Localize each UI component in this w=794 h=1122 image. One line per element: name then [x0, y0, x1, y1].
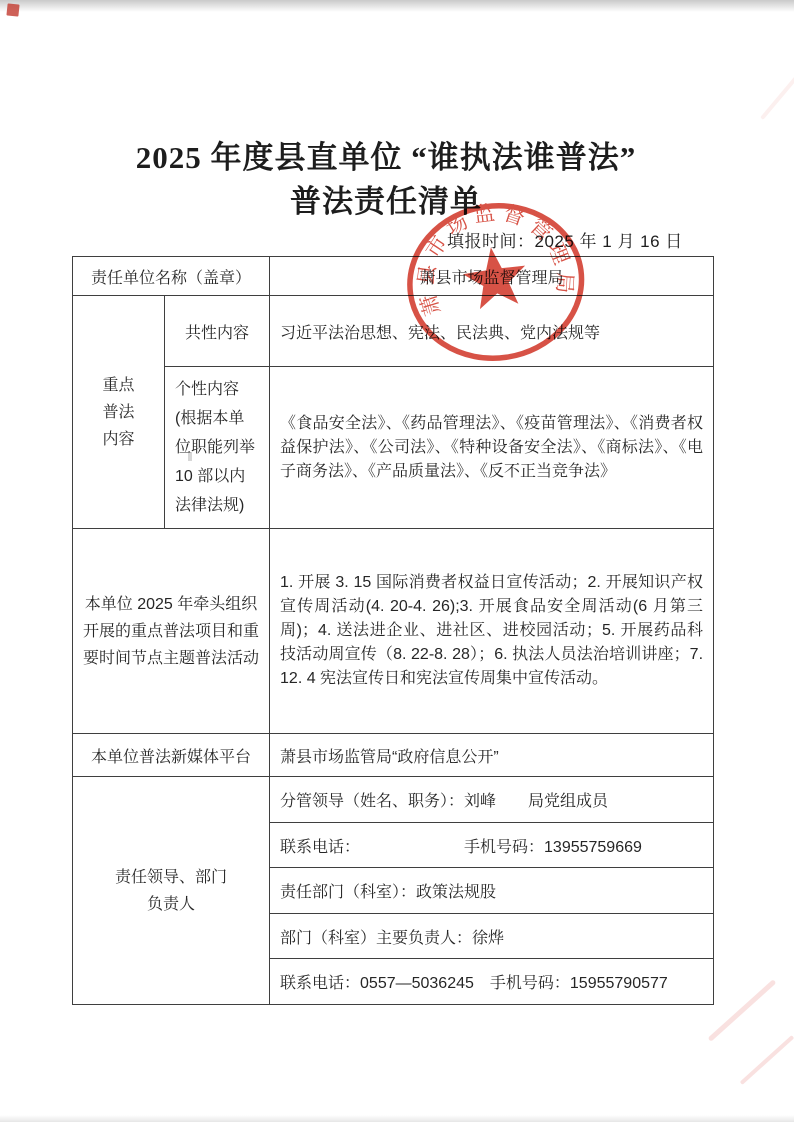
leader-row-supervisor: 分管领导（姓名、职务）：刘峰 局党组成员	[270, 777, 714, 823]
leader-row-manager: 部门（科室）主要负责人：徐烨	[270, 914, 714, 959]
scan-artifact-top-edge	[0, 0, 794, 12]
leaders-label: 责任领导、部门 负责人	[73, 777, 270, 1005]
individual-content-label: 个性内容(根据本单位职能列举 10 部以内法律法规)	[165, 367, 270, 529]
projects-value: 1. 开展 3. 15 国际消费者权益日宣传活动；2. 开展知识产权宣传周活动(…	[270, 529, 714, 734]
individual-content-value: 《食品安全法》、《药品管理法》、《疫苗管理法》、《消费者权益保护法》、《公司法》…	[270, 367, 714, 529]
leader-row-phone2: 联系电话：0557—5036245 手机号码：15955790577	[270, 959, 714, 1005]
star-icon	[460, 243, 530, 311]
leader-row-phone1: 联系电话： 手机号码：13955759669	[270, 823, 714, 868]
table-row: 个性内容(根据本单位职能列举 10 部以内法律法规) 《食品安全法》、《药品管理…	[73, 367, 714, 529]
responsibility-table: 责任单位名称（盖章） 萧县市场监督管理局 重点 普法 内容 共性内容 习近平法治…	[72, 256, 714, 1005]
official-stamp: 萧县市场监督管理局	[387, 183, 606, 385]
scan-artifact-streak	[708, 979, 777, 1042]
document-title-line1: 2025 年度县直单位 “谁执法谁普法”	[0, 136, 772, 180]
scan-artifact-bottom-edge	[0, 1115, 794, 1122]
unit-name-label: 责任单位名称（盖章）	[73, 257, 270, 296]
red-corner-mark	[6, 3, 19, 16]
media-platform-label: 本单位普法新媒体平台	[73, 734, 270, 777]
table-row: 责任领导、部门 负责人 分管领导（姓名、职务）：刘峰 局党组成员	[73, 777, 714, 823]
projects-label: 本单位 2025 年牵头组织开展的重点普法项目和重要时间节点主题普法活动	[73, 529, 270, 734]
table-row: 本单位 2025 年牵头组织开展的重点普法项目和重要时间节点主题普法活动 1. …	[73, 529, 714, 734]
leader-row-department: 责任部门（科室）：政策法规股	[270, 868, 714, 914]
table-row: 本单位普法新媒体平台 萧县市场监管局“政府信息公开”	[73, 734, 714, 777]
media-platform-value: 萧县市场监管局“政府信息公开”	[270, 734, 714, 777]
key-content-group-label: 重点 普法 内容	[73, 296, 165, 529]
scan-artifact-streak	[760, 76, 794, 120]
table-row: 重点 普法 内容 共性内容 习近平法治思想、宪法、民法典、党内法规等	[73, 296, 714, 367]
common-content-label: 共性内容	[165, 296, 270, 367]
document-title-line2: 普法责任清单	[0, 180, 772, 224]
scan-artifact-streak	[740, 1035, 794, 1085]
